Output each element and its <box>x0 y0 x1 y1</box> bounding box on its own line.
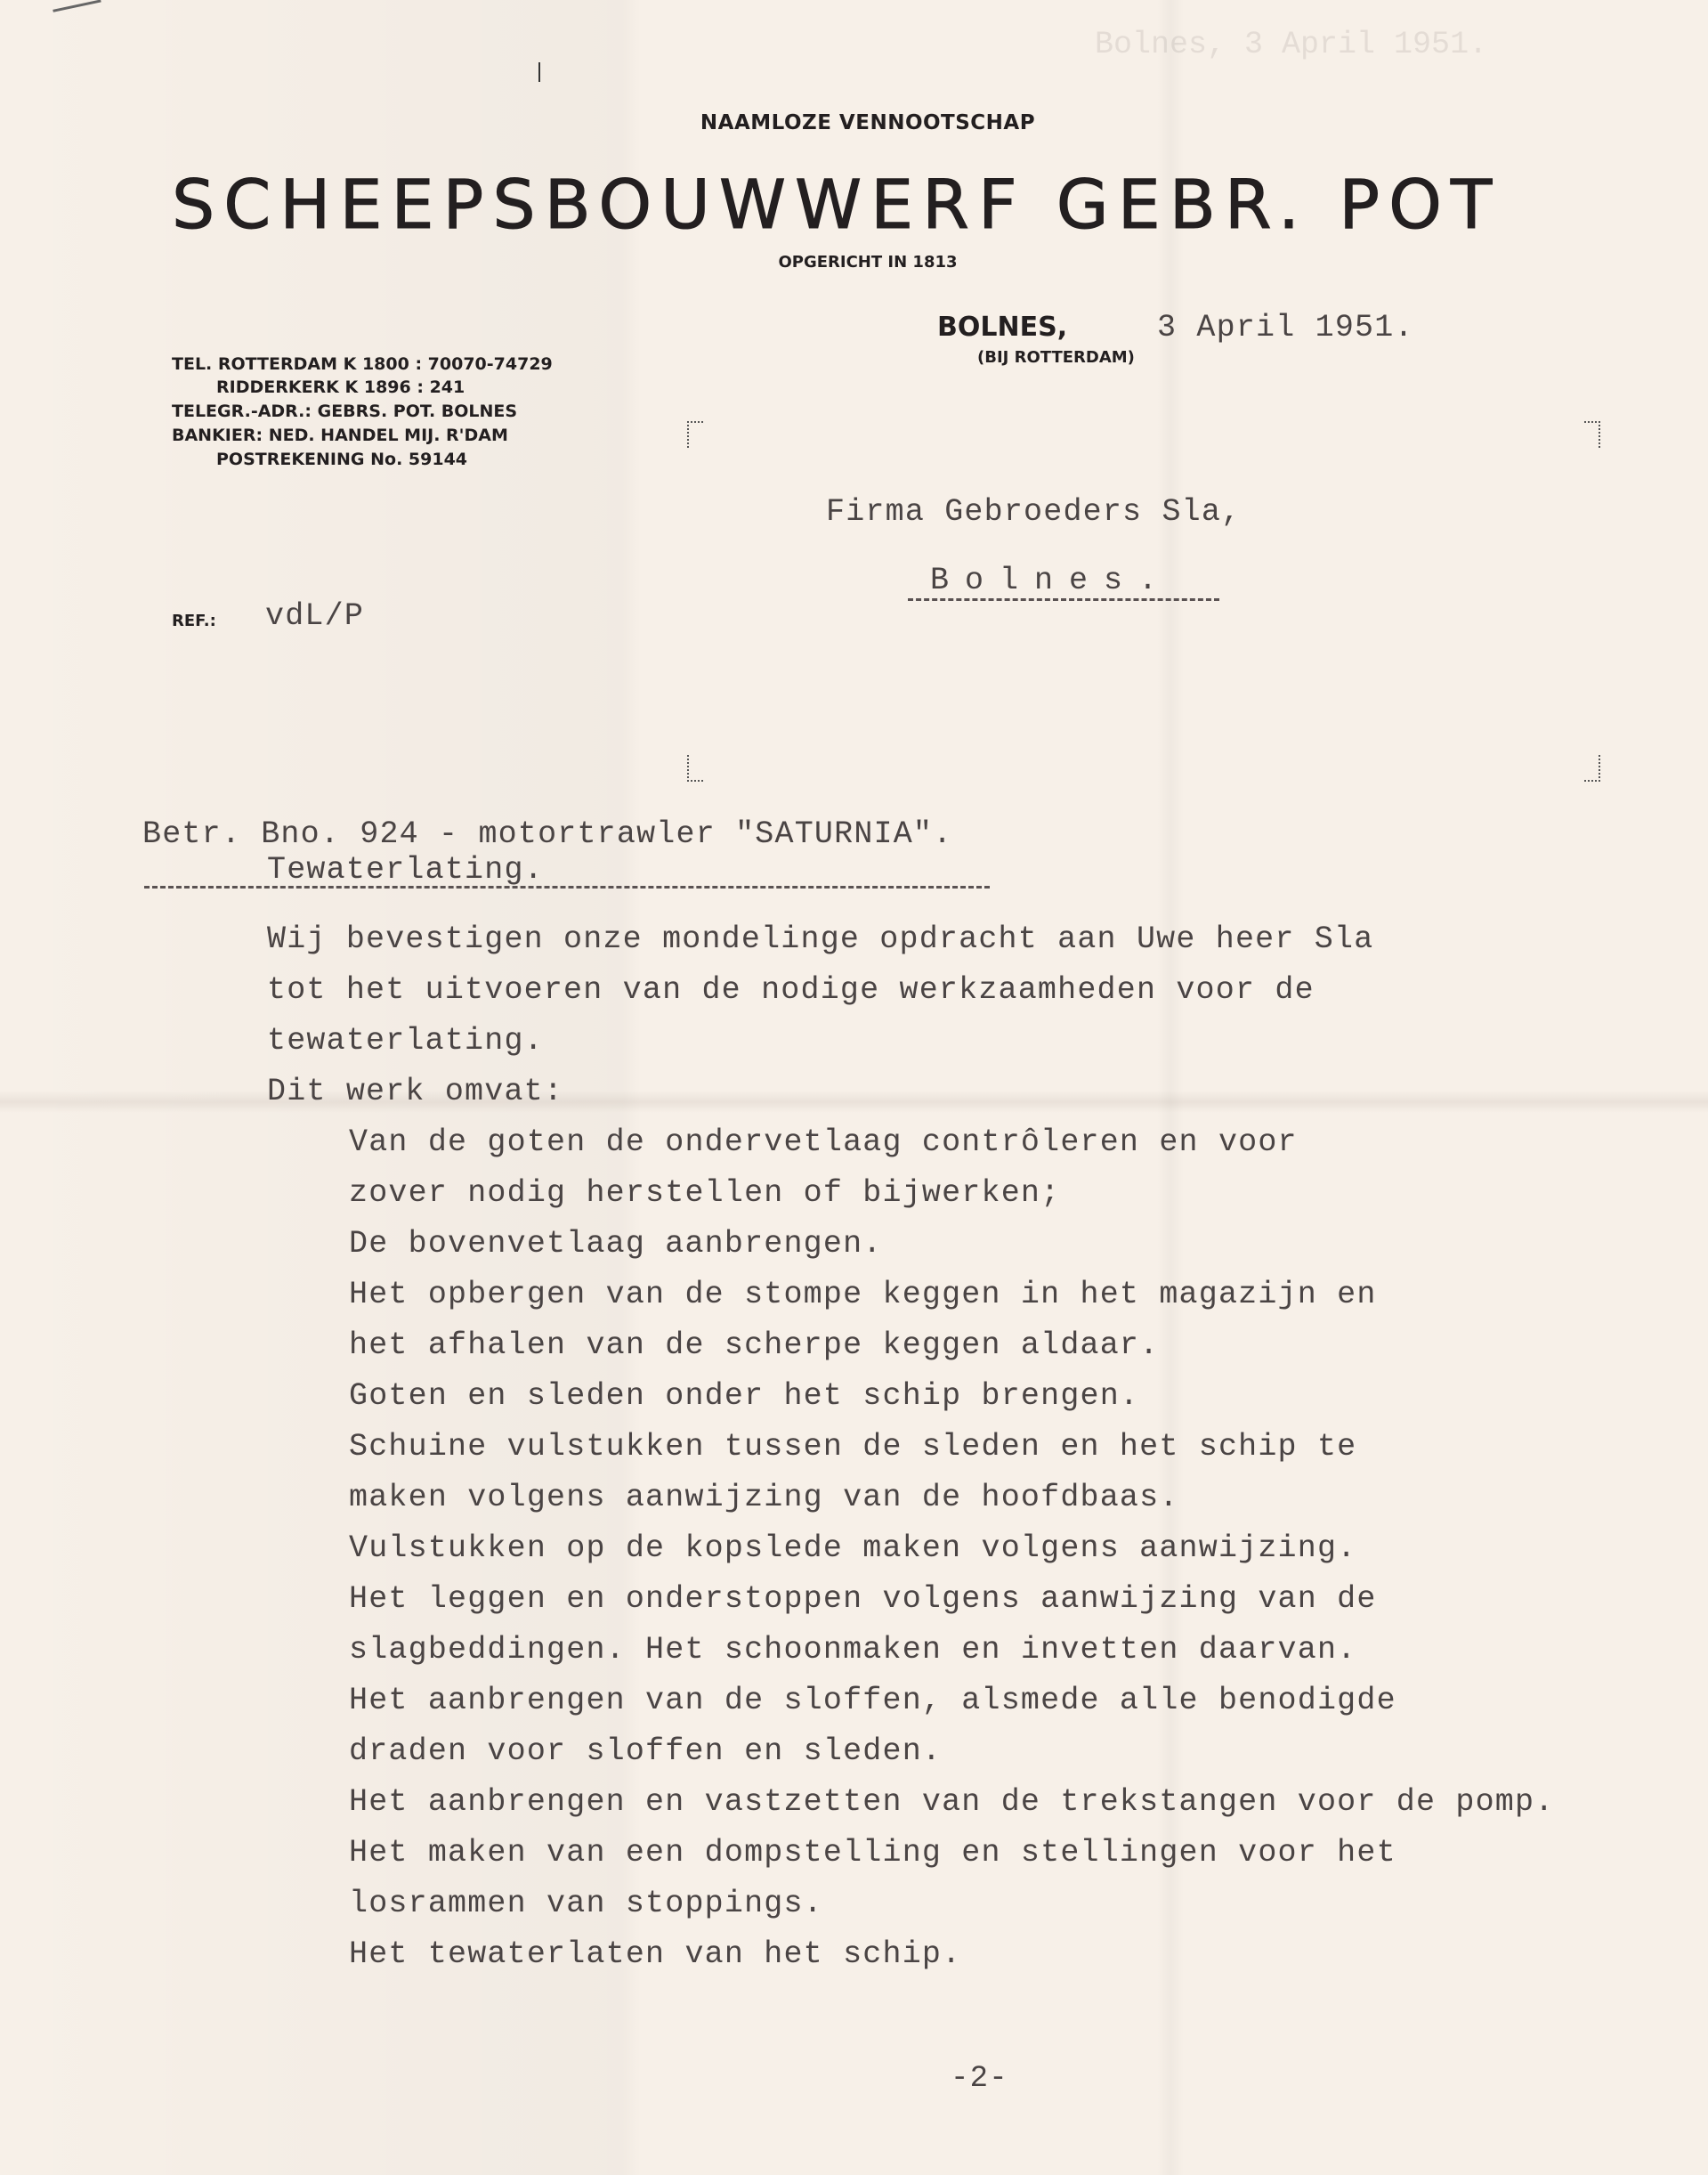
work-item-line: maken volgens aanwijzing van de hoofdbaa… <box>349 1480 1179 1515</box>
work-item-line: Goten en sleden onder het schip brengen. <box>349 1378 1139 1414</box>
work-item-line: Van de goten de ondervetlaag contrôleren… <box>349 1124 1298 1160</box>
addressee-underline <box>908 598 1219 601</box>
letter-date: 3 April 1951. <box>1157 310 1414 345</box>
subject-line: Betr. Bno. 924 - motortrawler "SATURNIA"… <box>142 816 952 852</box>
ref-label: REF.: <box>172 612 216 630</box>
work-item-line: Het aanbrengen van de sloffen, alsmede a… <box>349 1683 1396 1718</box>
page-number: -2- <box>951 2062 1008 2096</box>
work-item-line: Het opbergen van de stompe keggen in het… <box>349 1277 1377 1312</box>
contact-line: TEL. ROTTERDAM K 1800 : 70070-74729 <box>172 354 553 374</box>
work-item-line: het afhalen van de scherpe keggen aldaar… <box>349 1327 1159 1363</box>
body-line: Wij bevestigen onze mondelinge opdracht … <box>267 921 1373 957</box>
work-item-line: Het aanbrengen en vastzetten van de trek… <box>349 1784 1554 1820</box>
work-item-line: Schuine vulstukken tussen de sleden en h… <box>349 1429 1356 1465</box>
body-line: Dit werk omvat: <box>267 1074 563 1109</box>
margin-tick <box>538 62 540 82</box>
work-item-line: De bovenvetlaag aanbrengen. <box>349 1226 883 1262</box>
work-item-line: Het tewaterlaten van het schip. <box>349 1936 961 1972</box>
work-item-line: Het leggen en onderstoppen volgens aanwi… <box>349 1581 1377 1617</box>
staple-mark <box>53 0 103 21</box>
contact-line: POSTREKENING No. 59144 <box>216 450 467 469</box>
place: BOLNES, <box>937 312 1067 343</box>
address-window-corner-mark <box>687 421 703 448</box>
work-item-line: draden voor sloffen en sleden. <box>349 1733 942 1769</box>
address-window-corner-mark <box>1584 421 1600 448</box>
work-item-line: Vulstukken op de kopslede maken volgens … <box>349 1530 1356 1566</box>
bleed-through-text: Bolnes, 3 April 1951. <box>1095 27 1487 62</box>
place-sub: (BIJ ROTTERDAM) <box>977 348 1135 367</box>
work-item-line: zover nodig herstellen of bijwerken; <box>349 1175 1060 1211</box>
work-item-line: Het maken van een dompstelling en stelli… <box>349 1835 1396 1871</box>
address-window-corner-mark <box>687 755 703 782</box>
body-line: tot het uitvoeren van de nodige werkzaam… <box>267 972 1315 1008</box>
company-name: SCHEEPSBOUWWERF GEBR. POT <box>172 165 1501 244</box>
addressee-city: Bolnes. <box>930 563 1173 598</box>
body-line: tewaterlating. <box>267 1023 544 1059</box>
ref-value: vdL/P <box>265 598 364 634</box>
contact-line: TELEGR.-ADR.: GEBRS. POT. BOLNES <box>172 402 517 421</box>
work-item-line: slagbeddingen. Het schoonmaken en invett… <box>349 1632 1356 1668</box>
addressee-name: Firma Gebroeders Sla, <box>826 494 1241 530</box>
contact-line: RIDDERKERK K 1896 : 241 <box>216 377 465 397</box>
company-type: NAAMLOZE VENNOOTSCHAP <box>0 111 1708 134</box>
contact-line: BANKIER: NED. HANDEL MIJ. R'DAM <box>172 426 508 445</box>
founded-line: OPGERICHT IN 1813 <box>0 253 1708 272</box>
address-window-corner-mark <box>1584 755 1600 782</box>
work-item-line: losrammen van stoppings. <box>349 1886 823 1921</box>
subject-line: Tewaterlating. <box>267 852 544 888</box>
subject-underline <box>144 886 990 889</box>
